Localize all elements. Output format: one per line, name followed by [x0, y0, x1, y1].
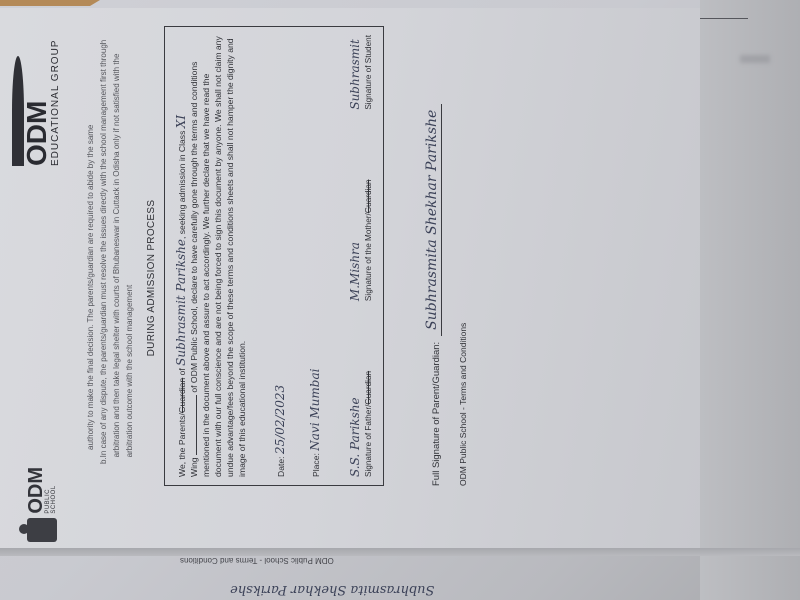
clause: b. In case of any dispute, the parents/g… [97, 24, 136, 464]
smudge-mark [740, 55, 770, 63]
school-emblem-icon [27, 518, 57, 542]
full-signature-line: Full Signature of Parent/Guardian: Subhr… [424, 104, 442, 486]
page-footer: ODM Public School - Terms and Conditions [458, 323, 468, 486]
odm-educational-group-logo: ODM EDUCATIONAL GROUP [10, 16, 70, 166]
clause: authority to make the final decision. Th… [84, 24, 97, 464]
declaration-box: We, the Parents/Guardian of Subhrasmit P… [164, 26, 384, 486]
student-signature: Subhrasmit Signature of Student [349, 35, 375, 110]
pencil-mark [700, 18, 748, 19]
table-surface [0, 0, 100, 6]
page-fold [0, 548, 800, 556]
logo-left-text: ODM [27, 462, 45, 514]
class-handwritten: XI [174, 115, 188, 128]
section-title: DURING ADMISSION PROCESS [146, 8, 157, 548]
next-page-footer: ODM Public School - Terms and Conditions [180, 556, 334, 565]
terms-clauses: authority to make the final decision. Th… [84, 24, 136, 464]
mother-signature: M.Mishra Signature of the Mother/Guardia… [349, 180, 375, 302]
student-name-handwritten: Subhrasmit Parikshe [174, 239, 188, 366]
next-page-signature: Subhrasmita Shekhar Parikshe [230, 582, 434, 597]
logo-right-subtext: EDUCATIONAL GROUP [50, 40, 61, 166]
paper-shadow-edge [700, 0, 800, 600]
wing-blank [196, 395, 197, 455]
date-field: Date: 25/02/2023 [274, 35, 287, 477]
place-field: Place: Navi Mumbai [309, 35, 322, 477]
father-signature: S.S. Parikshe Signature of Father/Guardi… [349, 371, 375, 477]
declaration-text: We, the Parents/Guardian of Subhrasmit P… [175, 35, 248, 477]
logo-right-text: ODM [24, 101, 50, 166]
odm-public-school-logo: ODM PUBLIC SCHOOL [18, 462, 66, 542]
terms-page: ODM PUBLIC SCHOOL ODM EDUCATIONAL GROUP … [0, 8, 700, 548]
signature-row: S.S. Parikshe Signature of Father/Guardi… [349, 35, 375, 477]
